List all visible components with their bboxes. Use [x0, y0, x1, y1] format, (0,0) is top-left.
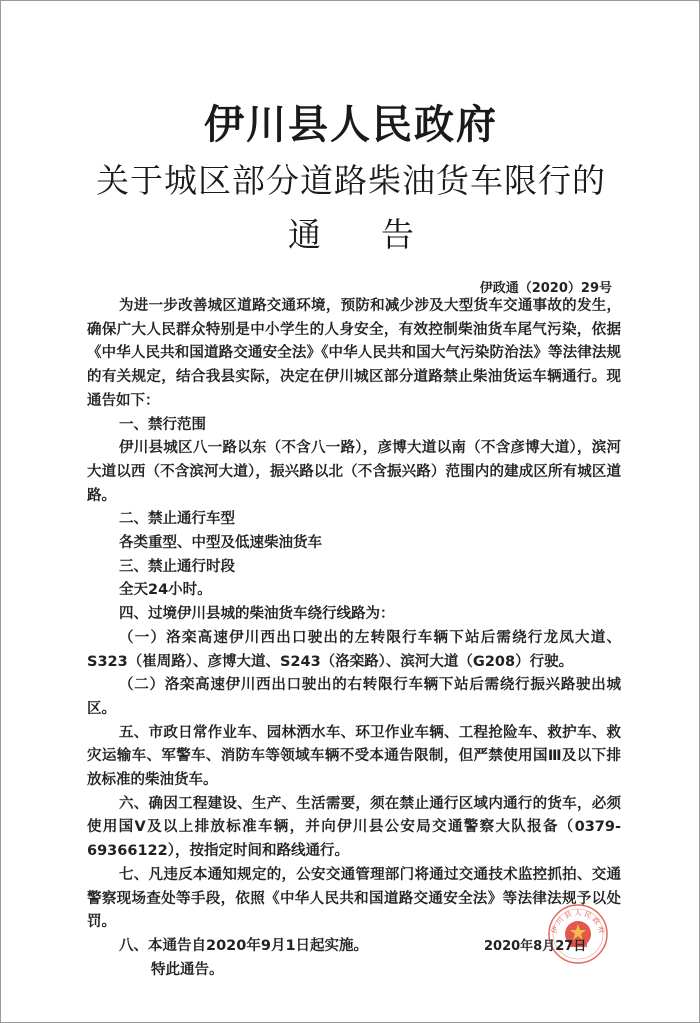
title-char: 告	[381, 213, 414, 257]
paragraph: 各类重型、中型及低速柴油货车	[87, 532, 621, 556]
paragraph: 五、市政日常作业车、园林洒水车、环卫作业车辆、工程抢险车、救护车、救灾运输车、军…	[87, 722, 621, 793]
section-heading: 三、禁止通行时段	[87, 556, 621, 580]
document-number: 伊政通（2020）29号	[480, 277, 612, 296]
document-page: 伊川县人民政府 关于城区部分道路柴油货车限行的 通告 伊政通（2020）29号 …	[0, 0, 700, 1023]
section-heading: 四、过境伊川县城的柴油货车绕行线路为：	[87, 603, 621, 627]
paragraph: 为进一步改善城区道路交通环境，预防和减少涉及大型货车交通事故的发生，确保广大人民…	[87, 295, 621, 414]
notice-type-title: 通告	[1, 213, 700, 257]
paragraph: 全天24小时。	[87, 579, 621, 603]
paragraph: 六、确因工程建设、生产、生活需要，须在禁止通行区域内通行的货车，必须使用国Ⅴ及以…	[87, 793, 621, 864]
title-char: 通	[288, 213, 321, 257]
official-seal-icon: 伊 川 县 人 民 政 府	[547, 903, 609, 965]
closing-line: 特此通告。	[87, 959, 621, 983]
paragraph: 伊川县城区八一路以东（不含八一路），彦博大道以南（不含彦博大道），滨河大道以西（…	[87, 437, 621, 508]
section-heading: 二、禁止通行车型	[87, 508, 621, 532]
issuer-title: 伊川县人民政府	[1, 99, 700, 151]
issue-date: 2020年8月27日	[484, 935, 586, 954]
section-heading: 一、禁行范围	[87, 414, 621, 438]
notice-subject-title: 关于城区部分道路柴油货车限行的	[1, 159, 700, 203]
paragraph: （二）洛栾高速伊川西出口驶出的右转限行车辆下站后需绕行振兴路驶出城区。	[87, 674, 621, 721]
notice-body: 为进一步改善城区道路交通环境，预防和减少涉及大型货车交通事故的发生，确保广大人民…	[87, 295, 621, 982]
paragraph: （一）洛栾高速伊川西出口驶出的左转限行车辆下站后需绕行龙凤大道、S323（崔周路…	[87, 627, 621, 674]
paragraph: 七、凡违反本通知规定的，公安交通管理部门将通过交通技术监控抓拍、交通警察现场查处…	[87, 864, 621, 935]
